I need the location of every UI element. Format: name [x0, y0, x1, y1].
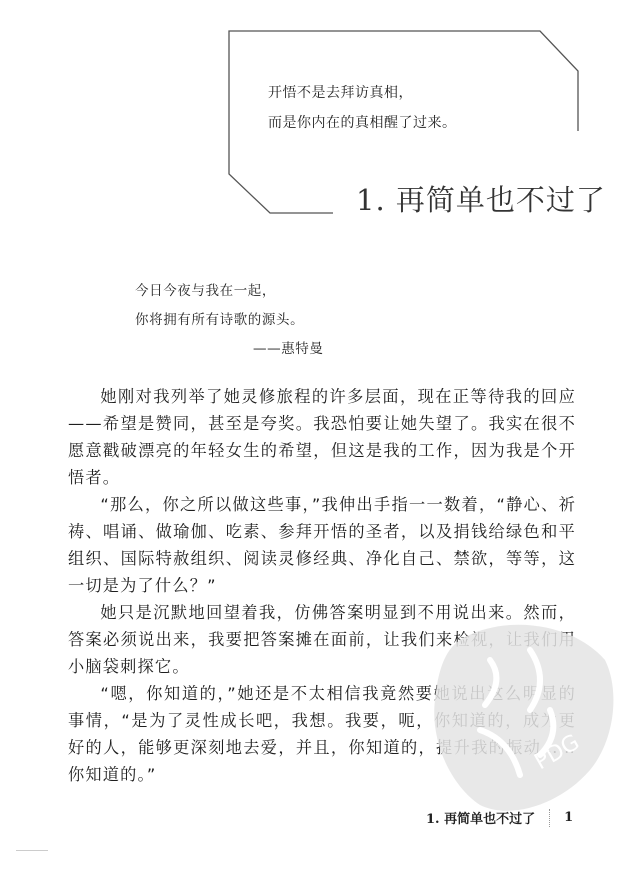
poem-attribution: ——惠特曼 — [135, 335, 324, 364]
chapter-title: 1. 再简单也不过了 — [356, 178, 606, 219]
paragraph: “那么，你之所以做这些事，”我伸出手指一一数着，“静心、祈祷、唱诵、做瑜伽、吃素… — [68, 491, 576, 599]
epigraph: 开悟不是去拜访真相， 而是你内在的真相醒了过来。 — [268, 78, 457, 138]
epigraph-line: 而是你内在的真相醒了过来。 — [268, 108, 457, 138]
poem-quote: 今日今夜与我在一起， 你将拥有所有诗歌的源头。 ——惠特曼 — [135, 277, 324, 364]
footer-divider — [549, 809, 550, 827]
poem-line: 你将拥有所有诗歌的源头。 — [135, 306, 324, 335]
body-text: 她刚对我列举了她灵修旅程的许多层面，现在正等待我的回应——希望是赞同，甚至是夸奖… — [68, 383, 576, 788]
page-number: 1 — [564, 810, 573, 825]
scan-artifact — [16, 850, 48, 851]
paragraph: “嗯，你知道的，”她还是不太相信我竟然要她说出这么明显的事情，“是为了灵性成长吧… — [68, 680, 576, 788]
poem-line: 今日今夜与我在一起， — [135, 277, 324, 306]
epigraph-line: 开悟不是去拜访真相， — [268, 78, 457, 108]
page-footer: 1. 再简单也不过了 1 — [426, 808, 573, 827]
running-head: 1. 再简单也不过了 — [426, 808, 535, 827]
paragraph: 她刚对我列举了她灵修旅程的许多层面，现在正等待我的回应——希望是赞同，甚至是夸奖… — [68, 383, 576, 491]
paragraph: 她只是沉默地回望着我，仿佛答案明显到不用说出来。然而，答案必须说出来，我要把答案… — [68, 599, 576, 680]
